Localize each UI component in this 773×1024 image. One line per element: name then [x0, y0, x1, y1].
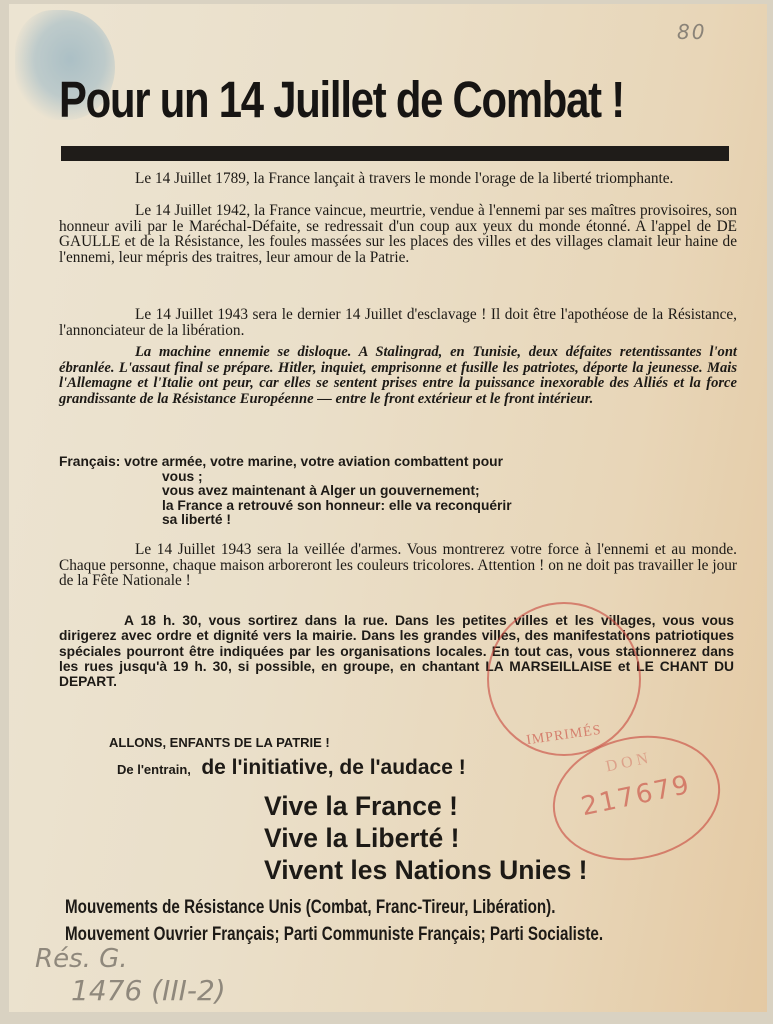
- signatory-mur: Mouvements de Résistance Unis (Combat, F…: [65, 894, 603, 921]
- imprimes-stamp: IMPRIMÉS: [487, 602, 641, 756]
- francais-line-5: sa liberté !: [59, 513, 734, 528]
- francais-line-3: vous avez maintenant à Alger un gouverne…: [59, 484, 734, 499]
- slogan-vive-la-liberte: Vive la Liberté !: [264, 822, 588, 854]
- paragraph-italic-war-situation: La machine ennemie se disloque. A Stalin…: [59, 345, 737, 407]
- paragraph-veillee: Le 14 Juillet 1943 sera la veillée d'arm…: [59, 542, 737, 589]
- paragraph-1943: Le 14 Juillet 1943 sera le dernier 14 Ju…: [59, 307, 737, 338]
- entrain-big: de l'initiative, de l'audace !: [201, 756, 465, 779]
- signatory-parties: Mouvement Ouvrier Français; Parti Commun…: [65, 921, 603, 948]
- paragraph-1789: Le 14 Juillet 1789, la France lançait à …: [59, 171, 737, 187]
- slogan-vive-la-france: Vive la France !: [264, 790, 588, 822]
- francais-line-2: vous ;: [59, 470, 734, 485]
- signatories: Mouvements de Résistance Unis (Combat, F…: [65, 894, 603, 948]
- leaflet-page: 80 Pour un 14 Juillet de Combat ! Le 14 …: [9, 4, 767, 1012]
- francais-block: Français: votre armée, votre marine, vot…: [59, 455, 734, 528]
- leaflet-title: Pour un 14 Juillet de Combat !: [59, 70, 617, 130]
- slogan-vivent-les-nations-unies: Vivent les Nations Unies !: [264, 854, 588, 886]
- francais-line-1: Français: votre armée, votre marine, vot…: [59, 455, 734, 470]
- francais-line-4: la France a retrouvé son honneur: elle v…: [59, 499, 734, 514]
- pencil-shelfmark: 1476 (III-2): [71, 974, 226, 1007]
- entrain-line: De l'entrain, de l'initiative, de l'auda…: [117, 756, 466, 780]
- entrain-small: De l'entrain,: [117, 762, 191, 777]
- title-underline-rule: [61, 146, 729, 161]
- pencil-reserve-note: Rés. G.: [35, 944, 128, 974]
- folio-number: 80: [677, 20, 706, 44]
- paragraph-1942: Le 14 Juillet 1942, la France vaincue, m…: [59, 203, 737, 265]
- allons-line: ALLONS, ENFANTS DE LA PATRIE !: [109, 735, 330, 750]
- slogans: Vive la France ! Vive la Liberté ! Viven…: [264, 790, 588, 886]
